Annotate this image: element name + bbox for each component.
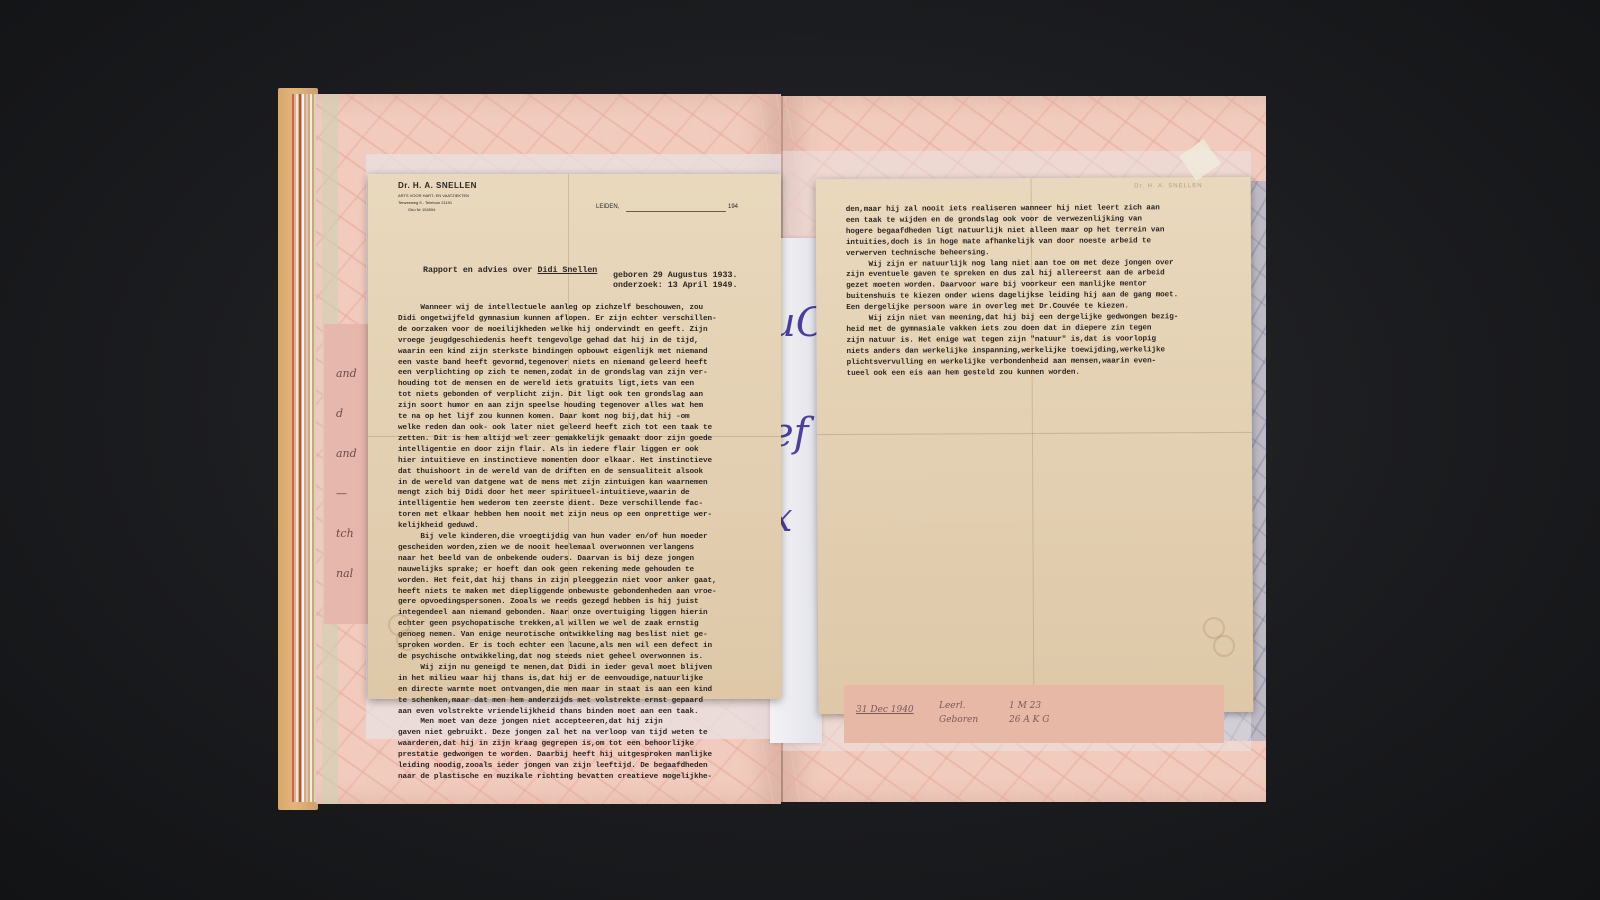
letterhead-profession: ARTS VOOR HART- EN VAATZIEKTEN: [398, 193, 469, 198]
letterhead-city: LEIDEN,: [596, 204, 619, 210]
note-code: 1 M 23: [1009, 701, 1041, 711]
page-stack-edges: [290, 94, 318, 802]
letterhead-year: 194: [728, 204, 738, 210]
faded-letterhead: Dr. H. A. SNELLEN: [1134, 183, 1202, 189]
report-title: Rapport en advies over Didi Snellen: [423, 266, 597, 275]
exam-date: onderzoek: 13 April 1949.: [613, 281, 737, 291]
letter-body: Wanneer wij de intellectuele aanleg op z…: [398, 303, 716, 783]
note-code: 26 A K G: [1009, 715, 1049, 725]
letterhead-giro: Giro Nr 154594: [408, 207, 435, 212]
handwritten-note-slip: 31 Dec 1940 Leerl. Geboren 1 M 23 26 A K…: [844, 685, 1224, 743]
letterhead-address: Terweeweg 5 - Telefoon 21191: [398, 200, 452, 205]
typewritten-letter-page-1: Dr. H. A. SNELLEN ARTS VOOR HART- EN VAA…: [368, 174, 781, 699]
typewritten-letter-page-2: Dr. H. A. SNELLEN den,maar hij zal nooit…: [816, 177, 1254, 714]
date-line: [626, 211, 726, 212]
note-word: Leerl.: [939, 701, 966, 711]
report-subject: Didi Snellen: [538, 266, 598, 275]
report-dates: geboren 29 Augustus 1933. onderzoek: 13 …: [613, 271, 737, 291]
birth-date: geboren 29 Augustus 1933.: [613, 271, 737, 281]
letter-body: den,maar hij zal nooit iets realiseren w…: [846, 203, 1179, 379]
paper-fold: [817, 432, 1252, 435]
note-word: Geboren: [939, 715, 978, 725]
note-date: 31 Dec 1940: [856, 705, 914, 715]
letterhead-name: Dr. H. A. SNELLEN: [398, 181, 477, 190]
paper-stain: [1213, 635, 1235, 657]
paper-stain: [396, 629, 418, 651]
